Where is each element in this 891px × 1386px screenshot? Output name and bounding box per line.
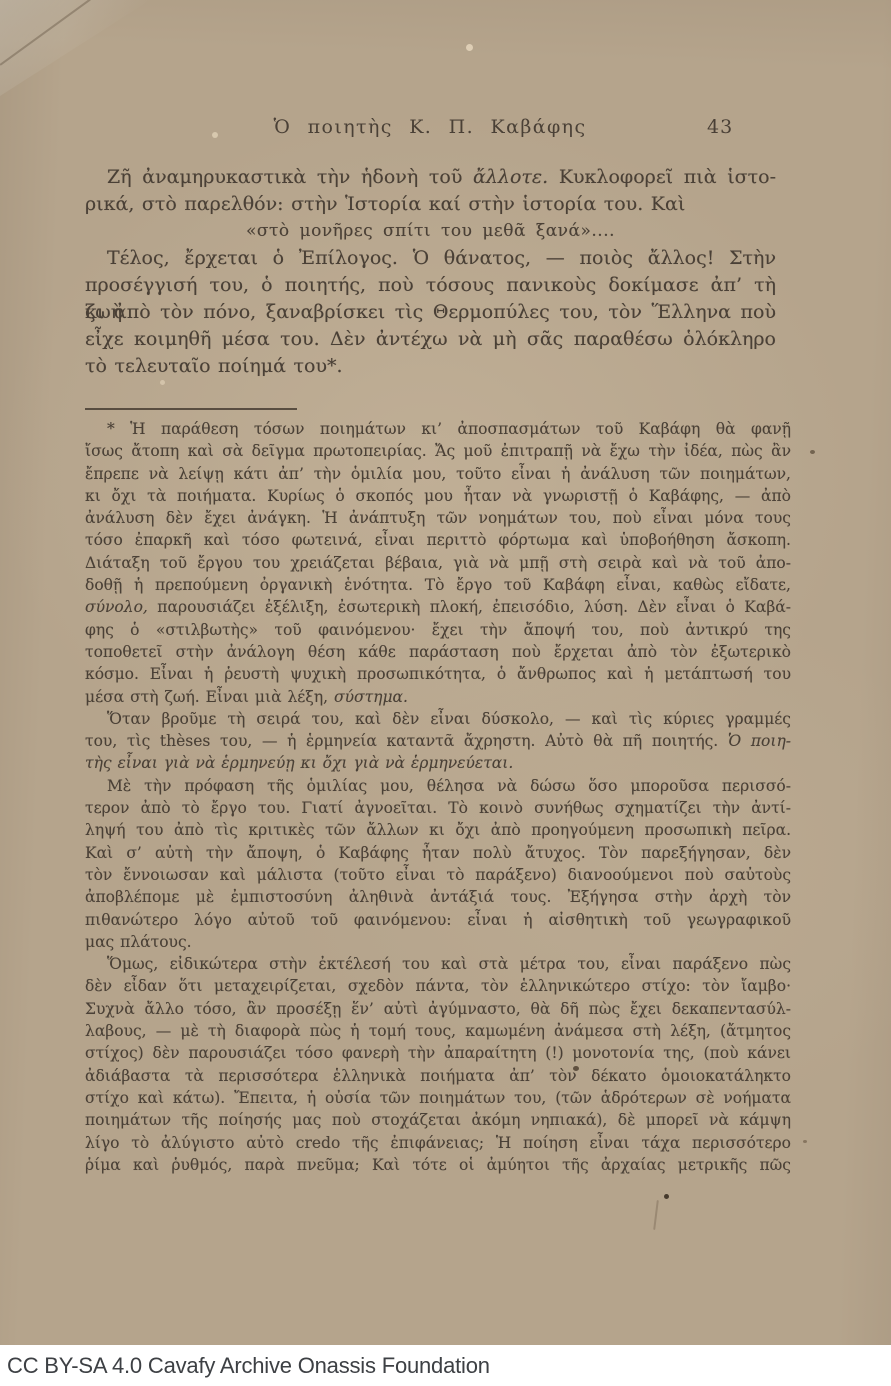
text-line: ἀνάλυση δὲν ἔχει ἀνάγκη. Ἡ ἀνάπτυξη τῶν …: [85, 507, 791, 529]
text-line: τοποθετεῖ στὴν ἀνάλογη θέση κάθε παράστα…: [85, 641, 791, 663]
license-bar: CC BY-SA 4.0 Cavafy Archive Onassis Foun…: [0, 1345, 891, 1386]
page-header: Ὁ ποιητὴς Κ. Π. Καβάφης 43: [85, 112, 775, 142]
text-line: ἔπρεπε νὰ λείψῃ κάτι ἀπ’ τὴν ὁμιλία μου,…: [85, 463, 791, 485]
text-line: τὸν ἔννοιωσαν καὶ μάλιστα (τοῦτο εἶναι τ…: [85, 864, 791, 886]
text-line: ἴσως ἄτοπη καὶ σὰ δεῖγμα πρωτοπειρίας. Ἄ…: [85, 440, 791, 462]
text-line: ἀποβλέπομε μὲ ἐμπιστοσύνη ἀληθινὰ ἀντάξι…: [85, 886, 791, 908]
text-line: τὸ τελευταῖο ποίημά του*.: [85, 353, 776, 380]
text-line: Ὅμως, εἰδικώτερα στὴν ἐκτέλεσή του καὶ σ…: [85, 953, 791, 975]
text-line: Μὲ τὴν πρόφαση τῆς ὁμιλίας μου, θέλησα ν…: [85, 775, 791, 797]
text-line: Τέλος, ἔρχεται ὁ Ἐπίλογος. Ὁ θάνατος, — …: [85, 245, 776, 272]
text-line: ρικά, στὸ παρελθόν: στὴν Ἱστορία καί στὴ…: [85, 191, 776, 218]
text-line: «στὸ μονῆρες σπίτι του μεθᾶ ξανά»....: [85, 218, 776, 245]
text-line: προσέγγισή του, ὁ ποιητής, ποὺ τόσους πα…: [85, 272, 776, 299]
text-line: δοθῇ ἡ πρεπούμενη ὀργανικὴ ἑνότητα. Τὸ ἔ…: [85, 574, 791, 596]
ink-speck: [810, 450, 815, 454]
paper-fleck: [212, 132, 218, 138]
text-line: Ὅταν βροῦμε τὴ σειρά του, καὶ δὲν εἶναι …: [85, 708, 791, 730]
text-line: πιθανώτερο λόγο αὐτοῦ τοῦ φαινόμενου: εἶ…: [85, 909, 791, 931]
text-line: ῥίμα καὶ ῥυθμός, παρὰ πνεῦμα; Καὶ τότε ο…: [85, 1154, 791, 1176]
text-line: εἶχε κοιμηθῆ μέσα του. Δὲν ἀντέχω νὰ μὴ …: [85, 326, 776, 353]
text-line: τὴς εἶναι γιὰ νὰ ἑρμηνεύῃ κι ὄχι γιὰ νὰ …: [85, 752, 791, 774]
text-line: ἀδιάβαστα τὰ περισσότερα ἑλληνικὰ ποιήμα…: [85, 1065, 791, 1087]
ink-speck: [573, 1066, 579, 1071]
page-number: 43: [707, 112, 733, 142]
text-line: φης ὁ «στιλβωτὴς» τοῦ φαινόμενου· ἔχει τ…: [85, 619, 791, 641]
text-line: σύνολο, παρουσιάζει ἐξέλιξη, ἐσωτερικὴ π…: [85, 596, 791, 618]
text-line: του, τὶς thèses του, — ἡ ἑρμηνεία καταντ…: [85, 730, 791, 752]
text-line: κι ἀπὸ τὸν πόνο, ξαναβρίσκει τὶς Θερμοπύ…: [85, 299, 776, 326]
footnote-separator: [85, 408, 297, 410]
scanned-page: Ὁ ποιητὴς Κ. Π. Καβάφης 43 Ζῆ ἀναμηρυκασ…: [0, 0, 891, 1386]
text-line: μας πλάτους.: [85, 931, 791, 953]
paper-fleck: [160, 380, 165, 385]
text-line: Καὶ σ’ αὐτὴ τὴν ἄποψη, ὁ Καβάφης ἦταν πο…: [85, 842, 791, 864]
body-text: Ζῆ ἀναμηρυκαστικὰ τὴν ἡδονὴ τοῦ ἄλλοτε. …: [85, 164, 776, 380]
text-line: Διάταξη τοῦ ἔργου του χρειάζεται βέβαια,…: [85, 552, 791, 574]
text-line: ληψή του ἀπὸ τὶς κριτικὲς τῶν ἄλλων κι ὄ…: [85, 819, 791, 841]
text-line: * Ἡ παράθεση τόσων ποιημάτων κι’ ἀποσπασ…: [85, 418, 791, 440]
text-line: Συχνὰ ἄλλο τόσο, ἂν προσέξῃ ἕν’ αὐτὶ ἀγύ…: [85, 998, 791, 1020]
paper-fleck: [466, 44, 473, 51]
text-line: ποιημάτων τῆς ποίησής μας ποὺ στοχάζεται…: [85, 1109, 791, 1131]
paper-scratch: [653, 1200, 659, 1230]
text-line: Ζῆ ἀναμηρυκαστικὰ τὴν ἡδονὴ τοῦ ἄλλοτε. …: [85, 164, 776, 191]
text-line: κι ὄχι τὰ ποιήματα. Κυρίως ὁ σκοπός μου …: [85, 485, 791, 507]
footnote-text: * Ἡ παράθεση τόσων ποιημάτων κι’ ἀποσπασ…: [85, 418, 791, 1176]
text-line: στίχο καὶ κάτω). Ἔπειτα, ἡ οὐσία τῶν ποι…: [85, 1087, 791, 1109]
text-line: στίχος) δὲν παρουσιάζει τόσο φανερὴ τὴν …: [85, 1042, 791, 1064]
text-line: κόσμο. Εἶναι ἡ ῥευστὴ ψυχικὴ προσωπικότη…: [85, 663, 791, 685]
text-line: λίγο τὸ ἀλύγιστο αὐτὸ credo τῆς ἐπιφάνει…: [85, 1132, 791, 1154]
text-line: τόσο ἐπαρκῆ καὶ τόσο φωτεινά, εἶναι περι…: [85, 529, 791, 551]
text-line: λαβους, — μὲ τὴ διαφορὰ πὼς ἡ τομή τους,…: [85, 1020, 791, 1042]
ink-speck: [803, 1140, 807, 1143]
text-line: μέσα στὴ ζωή. Εἶναι μιὰ λέξη, σύστημα.: [85, 686, 791, 708]
page-header-title: Ὁ ποιητὴς Κ. Π. Καβάφης: [274, 116, 587, 138]
text-line: δὲν εἶδαν ὅτι μεταχειρίζεται, σχεδὸν πάν…: [85, 975, 791, 997]
ink-speck: [664, 1194, 669, 1199]
license-text: CC BY-SA 4.0 Cavafy Archive Onassis Foun…: [7, 1353, 490, 1379]
text-line: τερον ἀπὸ τὸ ἔργο του. Γιατί ἀγνοεῖται. …: [85, 797, 791, 819]
